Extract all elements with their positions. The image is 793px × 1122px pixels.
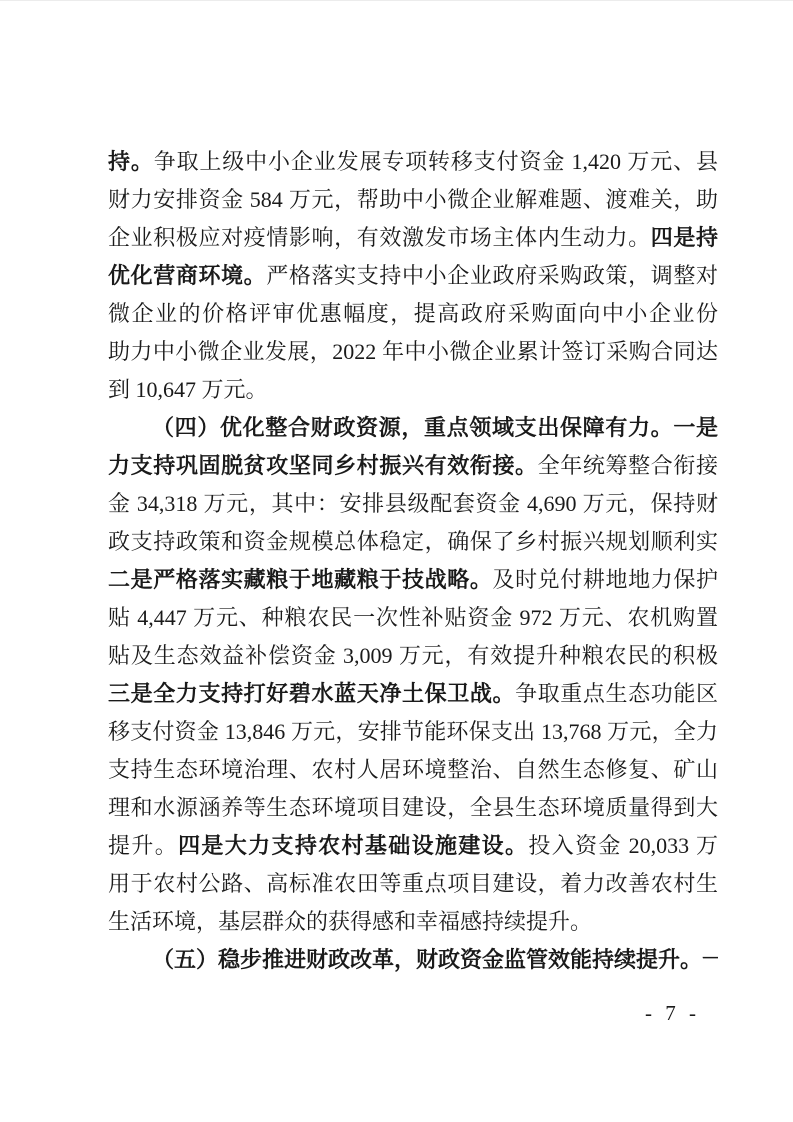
text-line: 二是严格落实藏粮于地藏粮于技战略。及时兑付耕地地力保护补 bbox=[108, 561, 718, 599]
text-segment: 企业积极应对疫情影响，有效激发市场主体内生动力。 bbox=[108, 225, 651, 250]
text-segment: 政支持政策和资金规模总体稳定，确保了乡村振兴规划顺利实施。 bbox=[108, 529, 718, 561]
text-segment: 用于农村公路、高标准农田等重点项目建设，着力改善农村生产 bbox=[108, 871, 718, 903]
text-line: 力支持巩固脱贫攻坚同乡村振兴有效衔接。全年统筹整合衔接资 bbox=[108, 447, 718, 485]
bold-text-segment: 四是大力支持农村基础设施建设。 bbox=[178, 833, 528, 858]
text-segment: 理和水源涵养等生态环境项目建设，全县生态环境质量得到大幅 bbox=[108, 795, 718, 827]
text-line: 持。争取上级中小企业发展专项转移支付资金 1,420 万元、县级 bbox=[108, 143, 718, 181]
text-line: 到 10,647 万元。 bbox=[108, 371, 718, 409]
bold-text-segment: 力支持巩固脱贫攻坚同乡村振兴有效衔接。 bbox=[108, 453, 538, 478]
text-line: 助力中小微企业发展，2022 年中小微企业累计签订采购合同达 bbox=[108, 333, 718, 371]
text-segment: 到 10,647 万元。 bbox=[108, 377, 268, 402]
text-segment: 生活环境，基层群众的获得感和幸福感持续提升。 bbox=[108, 909, 592, 934]
text-segment: 贴 4,447 万元、种粮农民一次性补贴资金 972 万元、农机购置补 bbox=[108, 605, 718, 637]
text-line: 支持生态环境治理、农村人居环境整治、自然生态修复、矿山治 bbox=[108, 751, 718, 789]
text-line: 贴 4,447 万元、种粮农民一次性补贴资金 972 万元、农机购置补 bbox=[108, 599, 718, 637]
text-segment: 贴及生态效益补偿资金 3,009 万元，有效提升种粮农民的积极性。 bbox=[108, 643, 718, 675]
bold-text-segment: 持。 bbox=[108, 149, 154, 174]
text-line: 优化营商环境。严格落实支持中小企业政府采购政策，调整对小 bbox=[108, 257, 718, 295]
text-line: 生活环境，基层群众的获得感和幸福感持续提升。 bbox=[108, 903, 718, 941]
text-line: （五）稳步推进财政改革，财政资金监管效能持续提升。一 bbox=[108, 941, 718, 979]
text-line: 提升。四是大力支持农村基础设施建设。投入资金 20,033 万元， bbox=[108, 827, 718, 865]
text-segment: 提升。 bbox=[108, 833, 178, 858]
text-line: 用于农村公路、高标准农田等重点项目建设，着力改善农村生产 bbox=[108, 865, 718, 903]
document-body: 持。争取上级中小企业发展专项转移支付资金 1,420 万元、县级财力安排资金 5… bbox=[108, 143, 718, 979]
text-line: 财力安排资金 584 万元，帮助中小微企业解难题、渡难关，助力 bbox=[108, 181, 718, 219]
text-segment: 支持生态环境治理、农村人居环境整治、自然生态修复、矿山治 bbox=[108, 757, 718, 789]
text-segment: 助力中小微企业发展，2022 年中小微企业累计签订采购合同达 bbox=[108, 339, 718, 364]
text-line: 政支持政策和资金规模总体稳定，确保了乡村振兴规划顺利实施。 bbox=[108, 523, 718, 561]
text-line: 微企业的价格评审优惠幅度，提高政府采购面向中小企业份额， bbox=[108, 295, 718, 333]
text-segment: 财力安排资金 584 万元，帮助中小微企业解难题、渡难关，助力 bbox=[108, 187, 718, 219]
text-line: 金 34,318 万元，其中：安排县级配套资金 4,690 万元，保持财 bbox=[108, 485, 718, 523]
document-page: 持。争取上级中小企业发展专项转移支付资金 1,420 万元、县级财力安排资金 5… bbox=[0, 0, 793, 1122]
bold-text-segment: （四）优化整合财政资源，重点领域支出保障有力。一是全 bbox=[108, 415, 718, 447]
text-line: 三是全力支持打好碧水蓝天净土保卫战。争取重点生态功能区转 bbox=[108, 675, 718, 713]
text-segment: 金 34,318 万元，其中：安排县级配套资金 4,690 万元，保持财 bbox=[108, 491, 718, 516]
text-segment: 移支付资金 13,846 万元，安排节能环保支出 13,768 万元，全力 bbox=[108, 719, 718, 744]
bold-text-segment: （五）稳步推进财政改革，财政资金监管效能持续提升。一 bbox=[152, 947, 718, 972]
text-line: 移支付资金 13,846 万元，安排节能环保支出 13,768 万元，全力 bbox=[108, 713, 718, 751]
text-line: 企业积极应对疫情影响，有效激发市场主体内生动力。四是持续 bbox=[108, 219, 718, 257]
bold-text-segment: 二是严格落实藏粮于地藏粮于技战略。 bbox=[108, 567, 492, 592]
text-line: 贴及生态效益补偿资金 3,009 万元，有效提升种粮农民的积极性。 bbox=[108, 637, 718, 675]
bold-text-segment: 三是全力支持打好碧水蓝天净土保卫战。 bbox=[108, 681, 515, 706]
text-segment: 争取上级中小企业发展专项转移支付资金 1,420 万元、县级 bbox=[108, 149, 718, 181]
text-segment: 微企业的价格评审优惠幅度，提高政府采购面向中小企业份额， bbox=[108, 301, 718, 333]
text-line: 理和水源涵养等生态环境项目建设，全县生态环境质量得到大幅 bbox=[108, 789, 718, 827]
bold-text-segment: 优化营商环境。 bbox=[108, 263, 266, 288]
text-line: （四）优化整合财政资源，重点领域支出保障有力。一是全 bbox=[108, 409, 718, 447]
page-number: - 7 - bbox=[645, 1001, 705, 1026]
